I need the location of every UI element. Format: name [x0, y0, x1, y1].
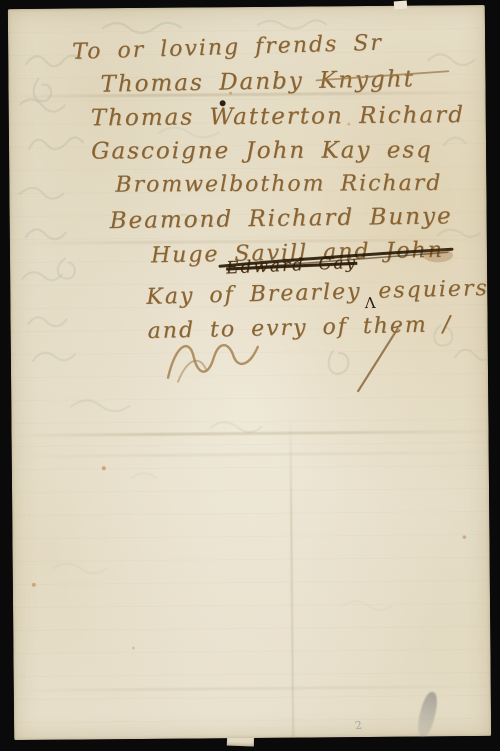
insertion-before-text: Kay of Brearley [146, 279, 362, 310]
pen-flourish [178, 361, 206, 382]
pencil-note: 2 [354, 719, 363, 733]
paper-top-edge-notch [394, 1, 408, 10]
manuscript-paper: To or loving frends Sr Thomas Danby Knyg… [8, 5, 491, 740]
manuscript-line-1: To or loving frends Sr [72, 33, 383, 64]
pencil-smudge [415, 690, 440, 738]
photograph-black-background: To or loving frends Sr Thomas Danby Knyg… [0, 0, 500, 751]
manuscript-line-6: Beamond Richard Bunye [110, 205, 453, 233]
foxing-spot [102, 466, 106, 470]
foxing-spot [132, 647, 135, 650]
manuscript-line-5: Bromwelbothom Richard [115, 173, 442, 197]
manuscript-line-8: Kay of BrearleyΛesquiers [146, 278, 489, 309]
fold-crease-horizontal [12, 451, 489, 458]
pen-flourish [168, 345, 258, 378]
fold-crease-horizontal [14, 685, 491, 692]
insertion-caret-icon: Λ [365, 294, 376, 312]
foxing-spot [463, 535, 467, 539]
manuscript-line-4: Gascoigne John Kay esq [91, 139, 433, 163]
insertion-after-text: esquiers [378, 276, 489, 304]
foxing-spot [32, 583, 36, 587]
fold-crease-vertical [289, 419, 294, 738]
manuscript-line-9: and to evry of them / [147, 314, 452, 343]
manuscript-line-3: Thomas Watterton Richard [91, 104, 465, 130]
struck-out-name: Edward Cay [226, 255, 358, 278]
manuscript-line-2: Thomas Danby Knyght [100, 68, 415, 96]
fold-crease-horizontal [12, 430, 489, 437]
